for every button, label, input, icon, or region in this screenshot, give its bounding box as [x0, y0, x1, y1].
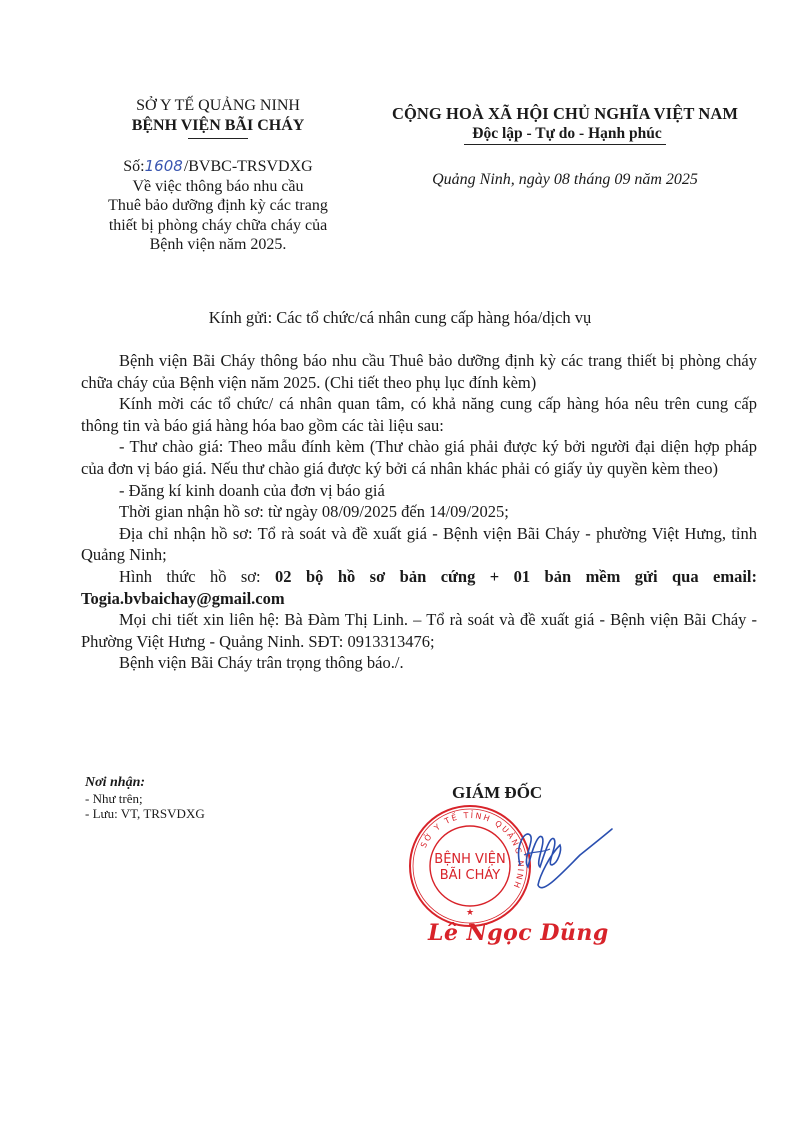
paragraph: Thời gian nhận hồ sơ: từ ngày 08/09/2025… [81, 501, 757, 523]
paragraph: Bệnh viện Bãi Cháy trân trọng thông báo.… [81, 652, 757, 674]
subject-line: Về việc thông báo nhu cầu [88, 177, 348, 197]
receivers-title: Nơi nhận: [85, 775, 205, 791]
doc-number-prefix: Số: [123, 158, 144, 175]
paragraph: Kính mời các tổ chức/ cá nhân quan tâm, … [81, 393, 757, 436]
paragraph: Hình thức hồ sơ: 02 bộ hồ sơ bản cứng + … [81, 566, 757, 609]
subject-line: thiết bị phòng cháy chữa cháy của [88, 216, 348, 236]
national-title: CỘNG HOÀ XÃ HỘI CHỦ NGHĨA VIỆT NAM [350, 104, 780, 124]
doc-number-handwritten: 1608 [145, 157, 183, 175]
document-number: Số:1608 /BVBC-TRSVDXG [88, 157, 348, 177]
receiver-item: - Lưu: VT, TRSVDXG [85, 806, 205, 822]
paragraph: - Đăng kí kinh doanh của đơn vị báo giá [81, 480, 757, 502]
document-body: Bệnh viện Bãi Cháy thông báo nhu cầu Thu… [81, 350, 757, 674]
org-name: BỆNH VIỆN BÃI CHÁY [88, 116, 348, 136]
recipient-line: Kính gửi: Các tổ chức/cá nhân cung cấp h… [0, 308, 800, 328]
receivers-block: Nơi nhận: - Như trên; - Lưu: VT, TRSVDXG [85, 775, 205, 822]
org-underline [188, 138, 248, 139]
receiver-item: - Như trên; [85, 791, 205, 807]
national-motto: Độc lập - Tự do - Hạnh phúc [464, 125, 665, 145]
header-left: SỞ Y TẾ QUẢNG NINH BỆNH VIỆN BÃI CHÁY Số… [88, 96, 348, 255]
signer-name: Lê Ngọc Dũng [428, 920, 609, 946]
handwritten-signature-icon [480, 805, 620, 905]
submission-format-label: Hình thức hồ sơ: [119, 567, 275, 586]
subject-line: Thuê bảo dưỡng định kỳ các trang [88, 196, 348, 216]
subject: Về việc thông báo nhu cầu Thuê bảo dưỡng… [88, 177, 348, 255]
paragraph: Bệnh viện Bãi Cháy thông báo nhu cầu Thu… [81, 350, 757, 393]
subject-line: Bệnh viện năm 2025. [88, 235, 348, 255]
date-line: Quảng Ninh, ngày 08 tháng 09 năm 2025 [350, 171, 780, 189]
org-parent: SỞ Y TẾ QUẢNG NINH [88, 96, 348, 116]
header-right: CỘNG HOÀ XÃ HỘI CHỦ NGHĨA VIỆT NAM Độc l… [350, 104, 780, 189]
svg-text:★: ★ [466, 908, 474, 918]
paragraph: - Thư chào giá: Theo mẫu đính kèm (Thư c… [81, 436, 757, 479]
paragraph: Mọi chi tiết xin liên hệ: Bà Đàm Thị Lin… [81, 609, 757, 652]
signer-position: GIÁM ĐỐC [452, 783, 542, 803]
paragraph: Địa chỉ nhận hồ sơ: Tổ rà soát và đề xuấ… [81, 523, 757, 566]
doc-code: /BVBC-TRSVDXG [184, 158, 313, 175]
